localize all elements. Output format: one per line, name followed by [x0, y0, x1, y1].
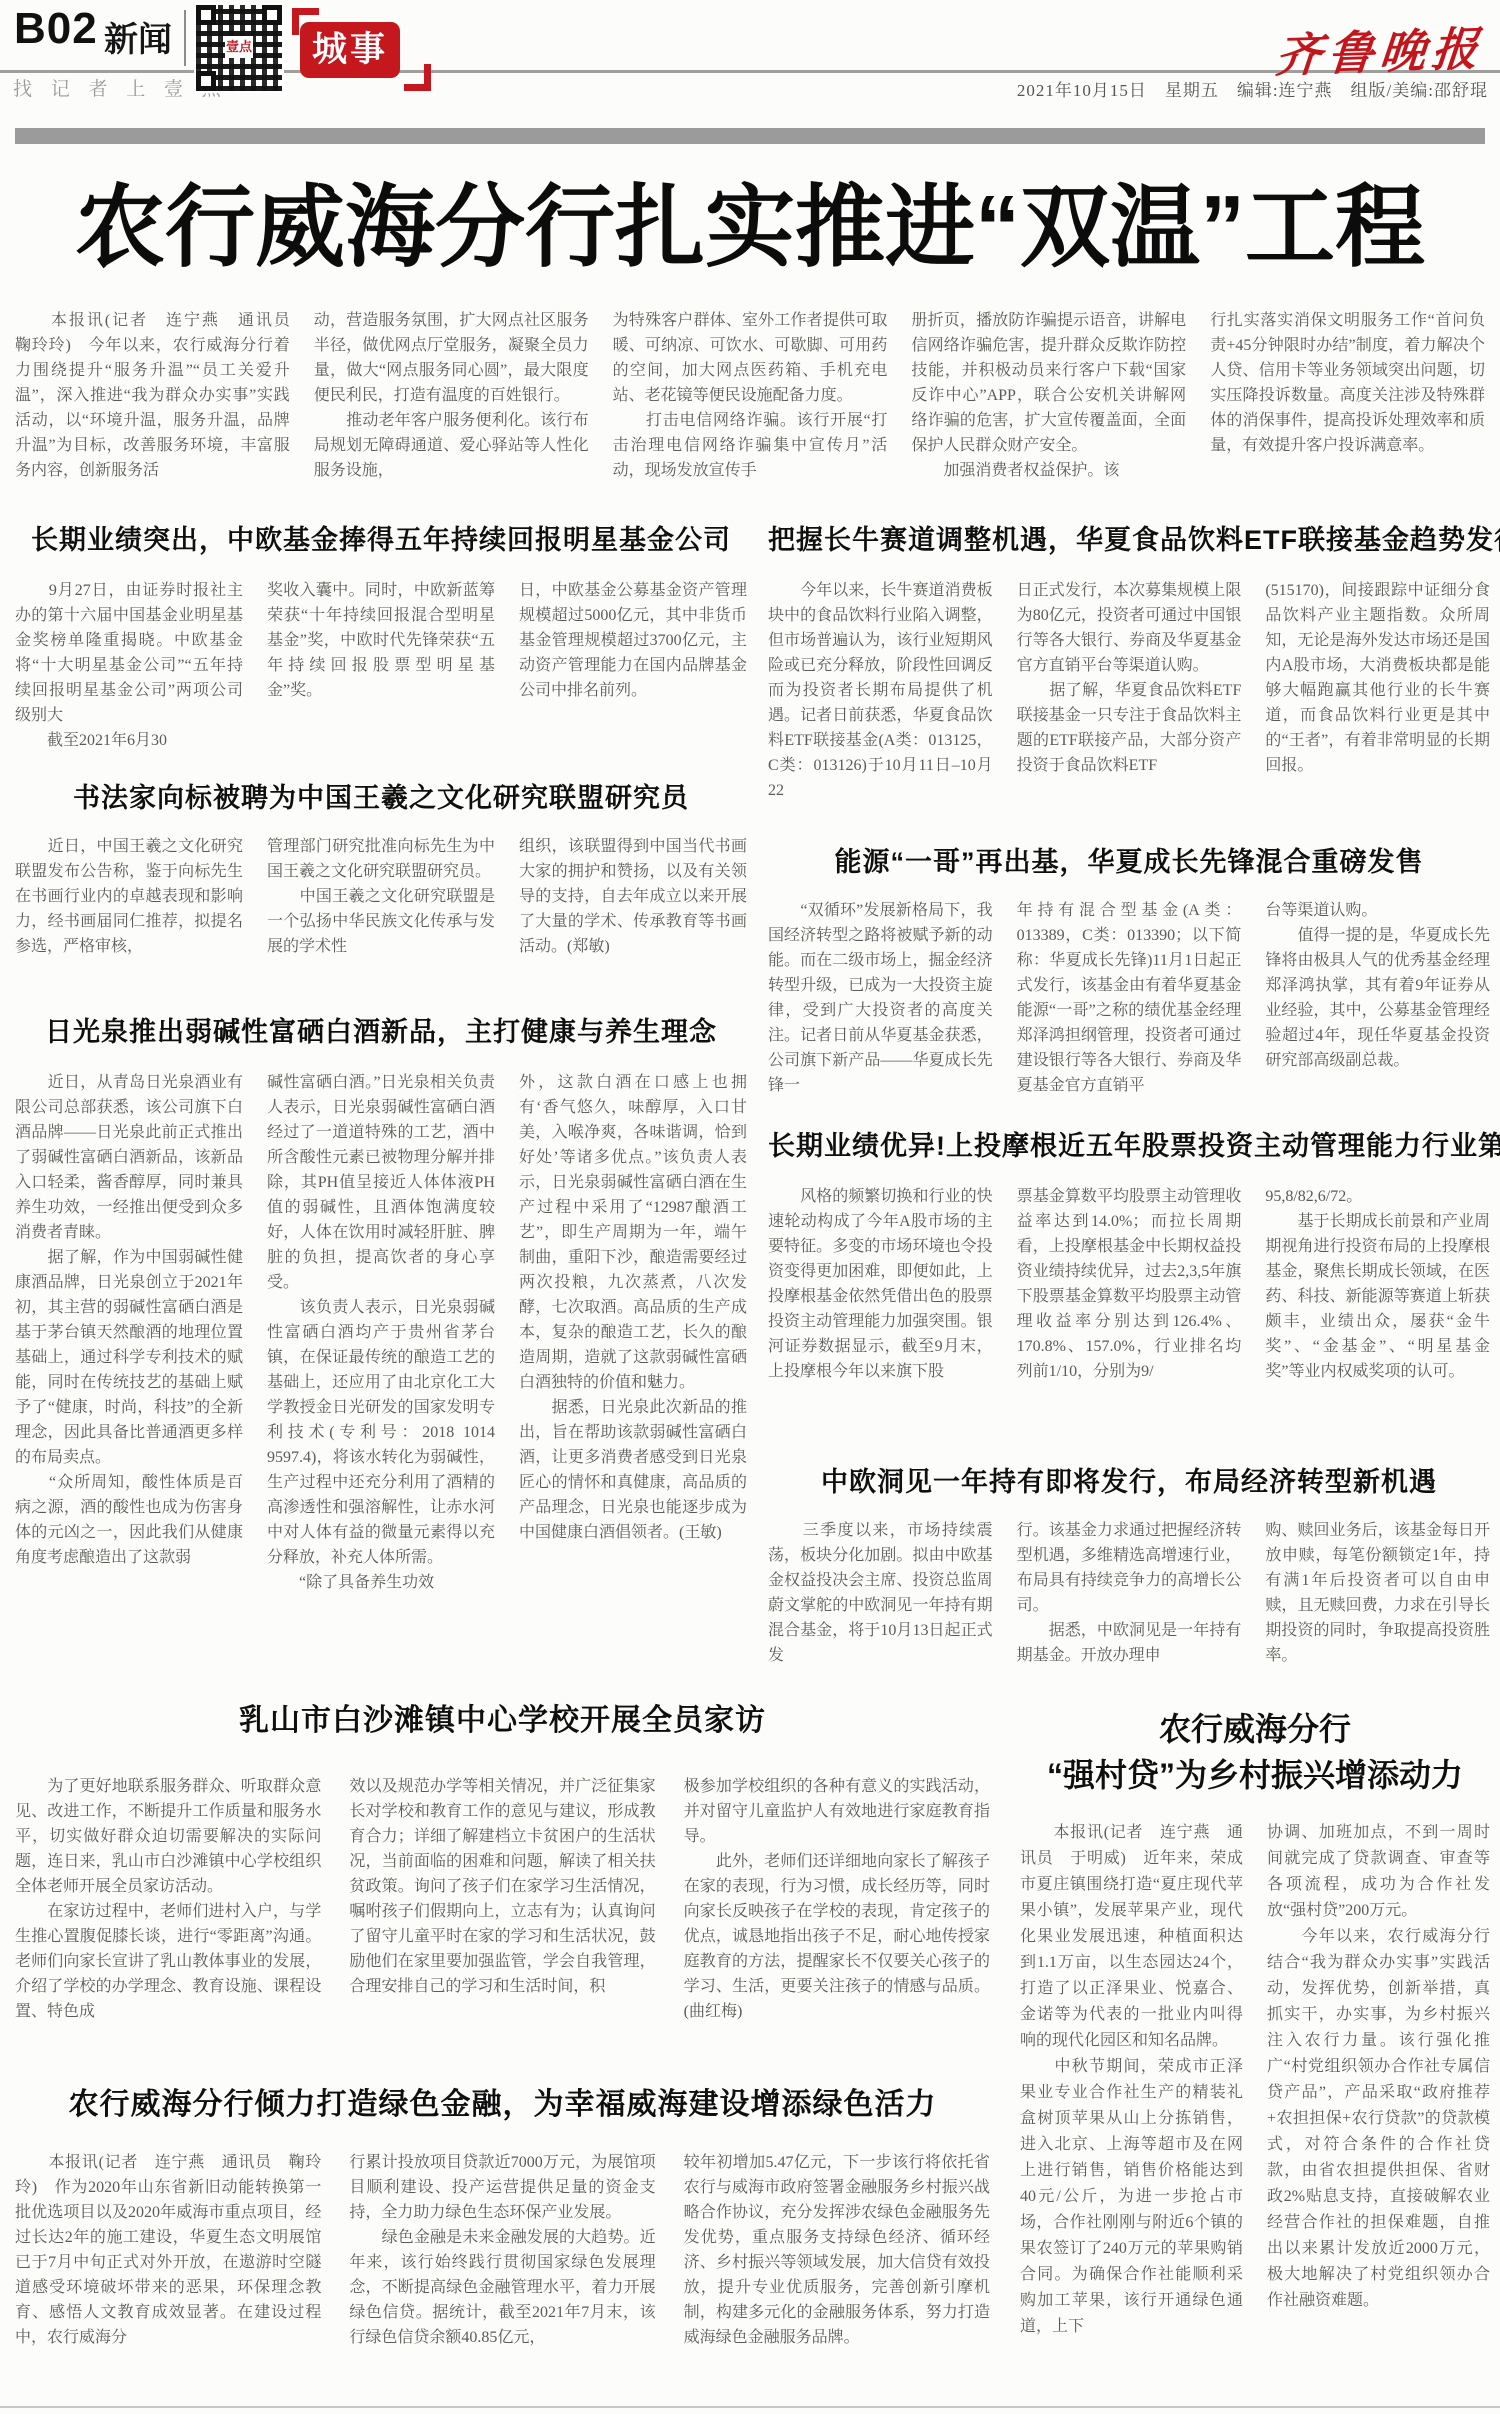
newspaper-page: B02 新闻 找 记 者 上 壹 点 壹点 城事 齐鲁晚报 2021年10月15… — [0, 0, 1500, 2414]
article-rushan-school: 乳山市白沙滩镇中心学校开展全员家访 为了更好地联系服务群众、听取群众意见、改进工… — [15, 1698, 990, 2042]
article-column: (515170)，间接跟踪中证细分食品饮料产业主题指数。众所周知，无论是海外发达… — [1265, 578, 1490, 840]
article-body: 本报讯(记者 连宁燕 通讯员 鞠玲玲) 今年以来，农行威海分行着力围绕提升“服务… — [15, 308, 1485, 484]
article-body: 9月27日，由证券时报社主办的第十六届中国基金业明星基金奖榜单隆重揭晓。中欧基金… — [15, 578, 747, 768]
article-column: 近日，中国王羲之文化研究联盟发布公告称，鉴于向标先生在书画行业内的卓越表现和影响… — [15, 834, 243, 1010]
article-column: 票基金算数平均股票主动管理收益率达到14.0%；而拉长周期看，上投摩根基金中长期… — [1017, 1184, 1242, 1446]
article-column: 碱性富硒白酒。”日光泉相关负责人表示，日光泉弱碱性富硒白酒经过了一道道特殊的工艺… — [267, 1070, 495, 1678]
article-headline: 农行威海分行倾力打造绿色金融，为幸福威海建设增添绿色活力 — [15, 2082, 990, 2128]
article-column: 购、赎回业务后，该基金每日开放申赎，每笔份额锁定1年，持有满1年后投资者可以自由… — [1265, 1518, 1490, 1696]
article-column: 极参加学校组织的各种有意义的实践活动，并对留守儿童监护人有效地进行家庭教育指导。… — [684, 1774, 990, 2042]
article-body: “双循环”发展新格局下，我国经济转型之路将被赋予新的动能。而在二级市场上，掘金经… — [768, 898, 1490, 1110]
article-calligrapher: 书法家向标被聘为中国王羲之文化研究联盟研究员 近日，中国王羲之文化研究联盟发布公… — [15, 778, 747, 1010]
article-riguangquan-liquor: 日光泉推出弱碱性富硒白酒新品，主打健康与养生理念 近日，从青岛日光泉酒业有限公司… — [15, 1012, 747, 1678]
article-body: 近日，从青岛日光泉酒业有限公司总部获悉，该公司旗下白酒品牌——日光泉此前正式推出… — [15, 1070, 747, 1678]
article-column: 册折页，播放防诈骗提示语音，讲解电信网络诈骗危害，提升群众反欺诈防控技能，并积极… — [911, 308, 1186, 484]
article-column: 年持有混合型基金(A类：013389，C类：013390；以下简称：华夏成长先锋… — [1017, 898, 1242, 1110]
article-column: 今年以来，长牛赛道消费板块中的食品饮料行业陷入调整，但市场普遍认为，该行业短期风… — [768, 578, 993, 840]
qr-eye-icon — [196, 71, 216, 91]
section-name: 新闻 — [104, 12, 172, 61]
page-bottom-rule — [0, 2406, 1500, 2408]
article-headline: 长期业绩突出，中欧基金捧得五年持续回报明星基金公司 — [15, 520, 747, 560]
main-headline: 农行威海分行扎实推进“双温”工程 — [15, 158, 1485, 298]
article-zhongou-award: 长期业绩突出，中欧基金捧得五年持续回报明星基金公司 9月27日，由证券时报社主办… — [15, 520, 747, 768]
article-column: 本报讯(记者 连宁燕 通讯员 鞠玲玲) 作为2020年山东省新旧动能转换第一批优… — [15, 2150, 321, 2408]
article-column: 日正式发行，本次募集规模上限为80亿元，投资者可通过中国银行等各大银行、券商及华… — [1017, 578, 1242, 840]
article-column: 9月27日，由证券时报社主办的第十六届中国基金业明星基金奖榜单隆重揭晓。中欧基金… — [15, 578, 243, 768]
article-column: 奖收入囊中。同时，中欧新蓝筹荣获“十年持续回报混合型明星基金”奖，中欧时代先锋荣… — [267, 578, 495, 768]
article-column: 风格的频繁切换和行业的快速轮动构成了今年A股市场的主要特征。多变的市场环境也令投… — [768, 1184, 993, 1446]
article-column: 本报讯(记者 连宁燕 通讯员 鞠玲玲) 今年以来，农行威海分行着力围绕提升“服务… — [15, 308, 290, 484]
article-zhongou-dongjian: 中欧洞见一年持有即将发行，布局经济转型新机遇 三季度以来，市场持续震荡，板块分化… — [768, 1462, 1490, 1696]
article-body: 为了更好地联系服务群众、听取群众意见、改进工作，不断提升工作质量和服务水平，切实… — [15, 1774, 990, 2042]
dateline: 2021年10月15日 星期五 编辑:连宁燕 组版/美编:邵舒琨 — [1017, 76, 1488, 101]
article-qiangcundai: 农行威海分行 “强村贷”为乡村振兴增添动力 本报讯(记者 连宁燕 通讯员 于明威… — [1020, 1706, 1490, 2390]
article-column: 为特殊客户群体、室外工作者提供可取暖、可纳凉、可饮水、可歇脚、可用药的空间，加大… — [613, 308, 888, 484]
article-headline: 中欧洞见一年持有即将发行，布局经济转型新机遇 — [768, 1462, 1490, 1502]
article-column: 行扎实落实消保文明服务工作“首问负责+45分钟限时办结”制度，着力解决个人贷、信… — [1210, 308, 1485, 484]
article-column: 为了更好地联系服务群众、听取群众意见、改进工作，不断提升工作质量和服务水平，切实… — [15, 1774, 321, 2042]
article-headline: 把握长牛赛道调整机遇，华夏食品饮料ETF联接基金趋势发行 — [768, 520, 1490, 560]
article-headline-line2: “强村贷”为乡村振兴增添动力 — [1020, 1752, 1490, 1798]
article-huaxia-etf: 把握长牛赛道调整机遇，华夏食品饮料ETF联接基金趋势发行 今年以来，长牛赛道消费… — [768, 520, 1490, 840]
article-headline: 书法家向标被聘为中国王羲之文化研究联盟研究员 — [15, 778, 747, 818]
article-body: 本报讯(记者 连宁燕 通讯员 于明威) 近年来，荣成市夏庄镇围绕打造“夏庄现代苹… — [1020, 1820, 1490, 2390]
article-column: 95,8/82,6/72。 基于长期成长前景和产业周期视角进行投资布局的上投摩根… — [1265, 1184, 1490, 1446]
article-column: 行。该基金力求通过把握经济转型机遇，多维精选高增速行业，布局具有持续竞争力的高增… — [1017, 1518, 1242, 1696]
qr-eye-icon — [196, 5, 216, 25]
edition-number: B02 — [14, 4, 98, 54]
article-green-finance: 农行威海分行倾力打造绿色金融，为幸福威海建设增添绿色活力 本报讯(记者 连宁燕 … — [15, 2082, 990, 2408]
qr-eye-icon — [262, 5, 282, 25]
decorative-gray-bar — [15, 128, 1485, 144]
section-badge: 城事 — [300, 22, 400, 78]
qr-code-icon: 壹点 — [196, 5, 282, 91]
article-headline-line1: 农行威海分行 — [1020, 1706, 1490, 1752]
article-column: 台等渠道认购。 值得一提的是，华夏成长先锋将由极具人气的优秀基金经理郑泽鸿执掌，… — [1265, 898, 1490, 1110]
article-body: 三季度以来，市场持续震荡，板块分化加剧。拟由中欧基金权益投决会主席、投资总监周蔚… — [768, 1518, 1490, 1696]
article-column: 外，这款白酒在口感上也拥有‘香气悠久，味醇厚，入口甘美，入喉净爽，各味谐调，恰到… — [519, 1070, 747, 1678]
article-column: 动，营造服务氛围，扩大网点社区服务半径，做优网点厅堂服务，凝聚全员力量，做大“网… — [314, 308, 589, 484]
article-column: 行累计投放项目贷款近7000万元，为展馆项目顺利建设、投产运营提供足量的资金支持… — [349, 2150, 655, 2408]
article-column: 协调、加班加点，不到一周时间就完成了贷款调查、审查等各项流程，成功为合作社发放“… — [1267, 1820, 1490, 2390]
article-column: 日，中欧基金公募基金资产管理规模超过5000亿元，其中非货币基金管理规模超过37… — [519, 578, 747, 768]
article-headline: 日光泉推出弱碱性富硒白酒新品，主打健康与养生理念 — [15, 1012, 747, 1052]
article-body: 本报讯(记者 连宁燕 通讯员 鞠玲玲) 作为2020年山东省新旧动能转换第一批优… — [15, 2150, 990, 2408]
header-divider — [184, 10, 186, 66]
qr-center-label: 壹点 — [225, 36, 253, 58]
article-jpmorgan-fund: 长期业绩优异!上投摩根近五年股票投资主动管理能力行业第6 风格的频繁切换和行业的… — [768, 1126, 1490, 1446]
article-body: 今年以来，长牛赛道消费板块中的食品饮料行业陷入调整，但市场普遍认为，该行业短期风… — [768, 578, 1490, 840]
article-column: 管理部门研究批准向标先生为中国王羲之文化研究联盟研究员。 中国王羲之文化研究联盟… — [267, 834, 495, 1010]
corner-bracket-icon — [404, 64, 431, 91]
article-column: 效以及规范办学等相关情况，并广泛征集家长对学校和教育工作的意见与建议，形成教育合… — [349, 1774, 655, 2042]
article-column: 较年初增加5.47亿元，下一步该行将依托省农行与威海市政府签署金融服务乡村振兴战… — [684, 2150, 990, 2408]
article-column: 三季度以来，市场持续震荡，板块分化加剧。拟由中欧基金权益投决会主席、投资总监周蔚… — [768, 1518, 993, 1696]
article-column: 近日，从青岛日光泉酒业有限公司总部获悉，该公司旗下白酒品牌——日光泉此前正式推出… — [15, 1070, 243, 1678]
article-huaxia-growth: 能源“一哥”再出基，华夏成长先锋混合重磅发售 “双循环”发展新格局下，我国经济转… — [768, 842, 1490, 1110]
article-headline: 乳山市白沙滩镇中心学校开展全员家访 — [15, 1698, 990, 1744]
article-headline: 长期业绩优异!上投摩根近五年股票投资主动管理能力行业第6 — [768, 1126, 1490, 1166]
article-column: 本报讯(记者 连宁燕 通讯员 于明威) 近年来，荣成市夏庄镇围绕打造“夏庄现代苹… — [1020, 1820, 1243, 2390]
page-header: B02 新闻 找 记 者 上 壹 点 壹点 城事 齐鲁晚报 2021年10月15… — [0, 0, 1500, 98]
article-column: “双循环”发展新格局下，我国经济转型之路将被赋予新的动能。而在二级市场上，掘金经… — [768, 898, 993, 1110]
article-column: 组织，该联盟得到中国当代书画大家的拥护和赞扬，以及有关领导的支持，自去年成立以来… — [519, 834, 747, 1010]
newspaper-logo: 齐鲁晚报 — [1273, 12, 1487, 86]
article-body: 风格的频繁切换和行业的快速轮动构成了今年A股市场的主要特征。多变的市场环境也令投… — [768, 1184, 1490, 1446]
article-body: 近日，中国王羲之文化研究联盟发布公告称，鉴于向标先生在书画行业内的卓越表现和影响… — [15, 834, 747, 1010]
article-main: 农行威海分行扎实推进“双温”工程 本报讯(记者 连宁燕 通讯员 鞠玲玲) 今年以… — [15, 158, 1485, 484]
article-headline: 能源“一哥”再出基，华夏成长先锋混合重磅发售 — [768, 842, 1490, 882]
